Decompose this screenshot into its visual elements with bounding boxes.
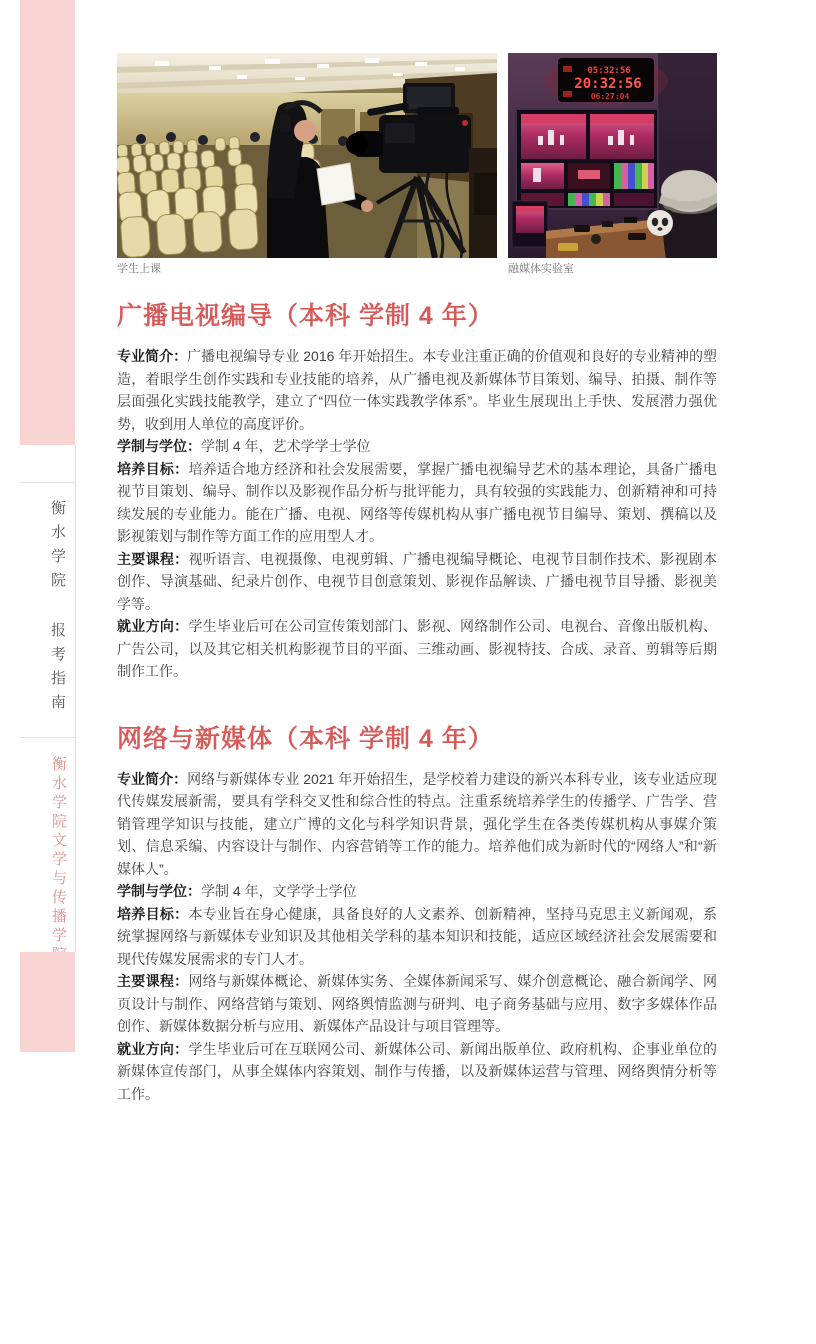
field-label: 就业方向： [117, 618, 188, 634]
desk-monitor [512, 201, 548, 247]
field-label: 主要课程： [117, 973, 188, 989]
field-text: 本专业旨在身心健康，具备良好的人文素养、创新精神，坚持马克思主义新闻观，系统掌握… [117, 906, 717, 967]
field-text: 学制 4 年，艺术学学士学位 [201, 438, 371, 454]
field-main-courses: 主要课程：视听语言、电视摄像、电视剪辑、广播电视编导概论、电视节目制作技术、影视… [117, 548, 717, 616]
photo-row: 05:32:56 20:32:56 06:27:04 [117, 53, 717, 258]
classroom-illustration [117, 53, 497, 258]
sidebar-divider-middle [20, 737, 75, 738]
field-duration-degree: 学制与学位：学制 4 年，文学学士学位 [117, 880, 717, 903]
field-training-goal: 培养目标：培养适合地方经济和社会发展需要，掌握广播电视编导艺术的基本理论，具备广… [117, 458, 717, 548]
field-label: 培养目标： [117, 906, 188, 922]
field-text: 学生毕业后可在互联网公司、新媒体公司、新闻出版单位、政府机构、企事业单位的新媒体… [117, 1041, 717, 1102]
section-new-media: 专业简介：网络与新媒体专业 2021 年开始招生，是学校着力建设的新兴本科专业，… [117, 768, 717, 1106]
field-label: 专业简介： [117, 771, 187, 787]
sidebar-divider-top [20, 482, 75, 483]
color-bars-monitor [614, 163, 654, 189]
field-text: 学生毕业后可在公司宣传策划部门、影视、网络制作公司、电视台、音像出版机构、广告公… [117, 618, 717, 679]
field-intro: 专业简介：广播电视编导专业 2016 年开始招生。本专业注重正确的价值观和良好的… [117, 345, 717, 435]
field-label: 主要课程： [117, 551, 188, 567]
sidebar-guide-label: 衡水学院 报考指南 [47, 500, 68, 718]
clock-bottom-time: 06:27:04 [591, 92, 630, 101]
sidebar-college-label: 衡水学院文学与传播学院 [48, 756, 69, 965]
field-career-direction: 就业方向：学生毕业后可在互联网公司、新媒体公司、新闻出版单位、政府机构、企事业单… [117, 1038, 717, 1106]
main-content: 05:32:56 20:32:56 06:27:04 [117, 53, 717, 1105]
field-label: 就业方向： [117, 1041, 188, 1057]
field-text: 广播电视编导专业 2016 年开始招生。本专业注重正确的价值观和良好的专业精神的… [117, 348, 717, 432]
field-label: 培养目标： [117, 461, 188, 477]
section-broadcast-tv: 专业简介：广播电视编导专业 2016 年开始招生。本专业注重正确的价值观和良好的… [117, 345, 717, 683]
clock-main-time: 20:32:56 [574, 76, 641, 92]
photo-caption-right: 融媒体实验室 [508, 263, 717, 276]
field-text: 网络与新媒体专业 2021 年开始招生，是学校着力建设的新兴本科专业，该专业适应… [117, 771, 717, 877]
field-text: 视听语言、电视摄像、电视剪辑、广播电视编导概论、电视节目制作技术、影视剧本创作、… [117, 551, 717, 612]
field-main-courses: 主要课程：网络与新媒体概论、新媒体实务、全媒体新闻采写、媒介创意概论、融合新闻学… [117, 970, 717, 1038]
field-label: 专业简介： [117, 348, 187, 364]
field-label: 学制与学位： [117, 883, 201, 899]
field-label: 学制与学位： [117, 438, 201, 454]
media-lab-photo: 05:32:56 20:32:56 06:27:04 [508, 53, 717, 258]
sidebar-border-line [75, 445, 76, 952]
monitor-wall [516, 109, 658, 209]
field-intro: 专业简介：网络与新媒体专业 2021 年开始招生，是学校着力建设的新兴本科专业，… [117, 768, 717, 881]
clock-top-time: 05:32:56 [587, 66, 630, 76]
field-text: 培养适合地方经济和社会发展需要，掌握广播电视编导艺术的基本理论，具备广播电视节目… [117, 461, 717, 545]
media-lab-illustration: 05:32:56 20:32:56 06:27:04 [508, 53, 717, 258]
section-title-new-media: 网络与新媒体（本科 学制 4 年） [117, 724, 717, 754]
field-duration-degree: 学制与学位：学制 4 年，艺术学学士学位 [117, 435, 717, 458]
led-clock: 05:32:56 20:32:56 06:27:04 [558, 58, 654, 102]
sidebar-accent-bottom [20, 952, 75, 1052]
field-text: 学制 4 年，文学学士学位 [201, 883, 357, 899]
field-career-direction: 就业方向：学生毕业后可在公司宣传策划部门、影视、网络制作公司、电视台、音像出版机… [117, 615, 717, 683]
students-classroom-photo [117, 53, 497, 258]
section-title-broadcast-tv: 广播电视编导（本科 学制 4 年） [117, 301, 717, 331]
photo-caption-left: 学生上课 [117, 263, 497, 276]
field-training-goal: 培养目标：本专业旨在身心健康，具备良好的人文素养、创新精神，坚持马克思主义新闻观… [117, 903, 717, 971]
field-text: 网络与新媒体概论、新媒体实务、全媒体新闻采写、媒介创意概论、融合新闻学、网页设计… [117, 973, 717, 1034]
panda-plush [647, 210, 673, 237]
photo-captions: 学生上课 融媒体实验室 [117, 263, 717, 276]
sidebar-accent-top [20, 0, 75, 445]
